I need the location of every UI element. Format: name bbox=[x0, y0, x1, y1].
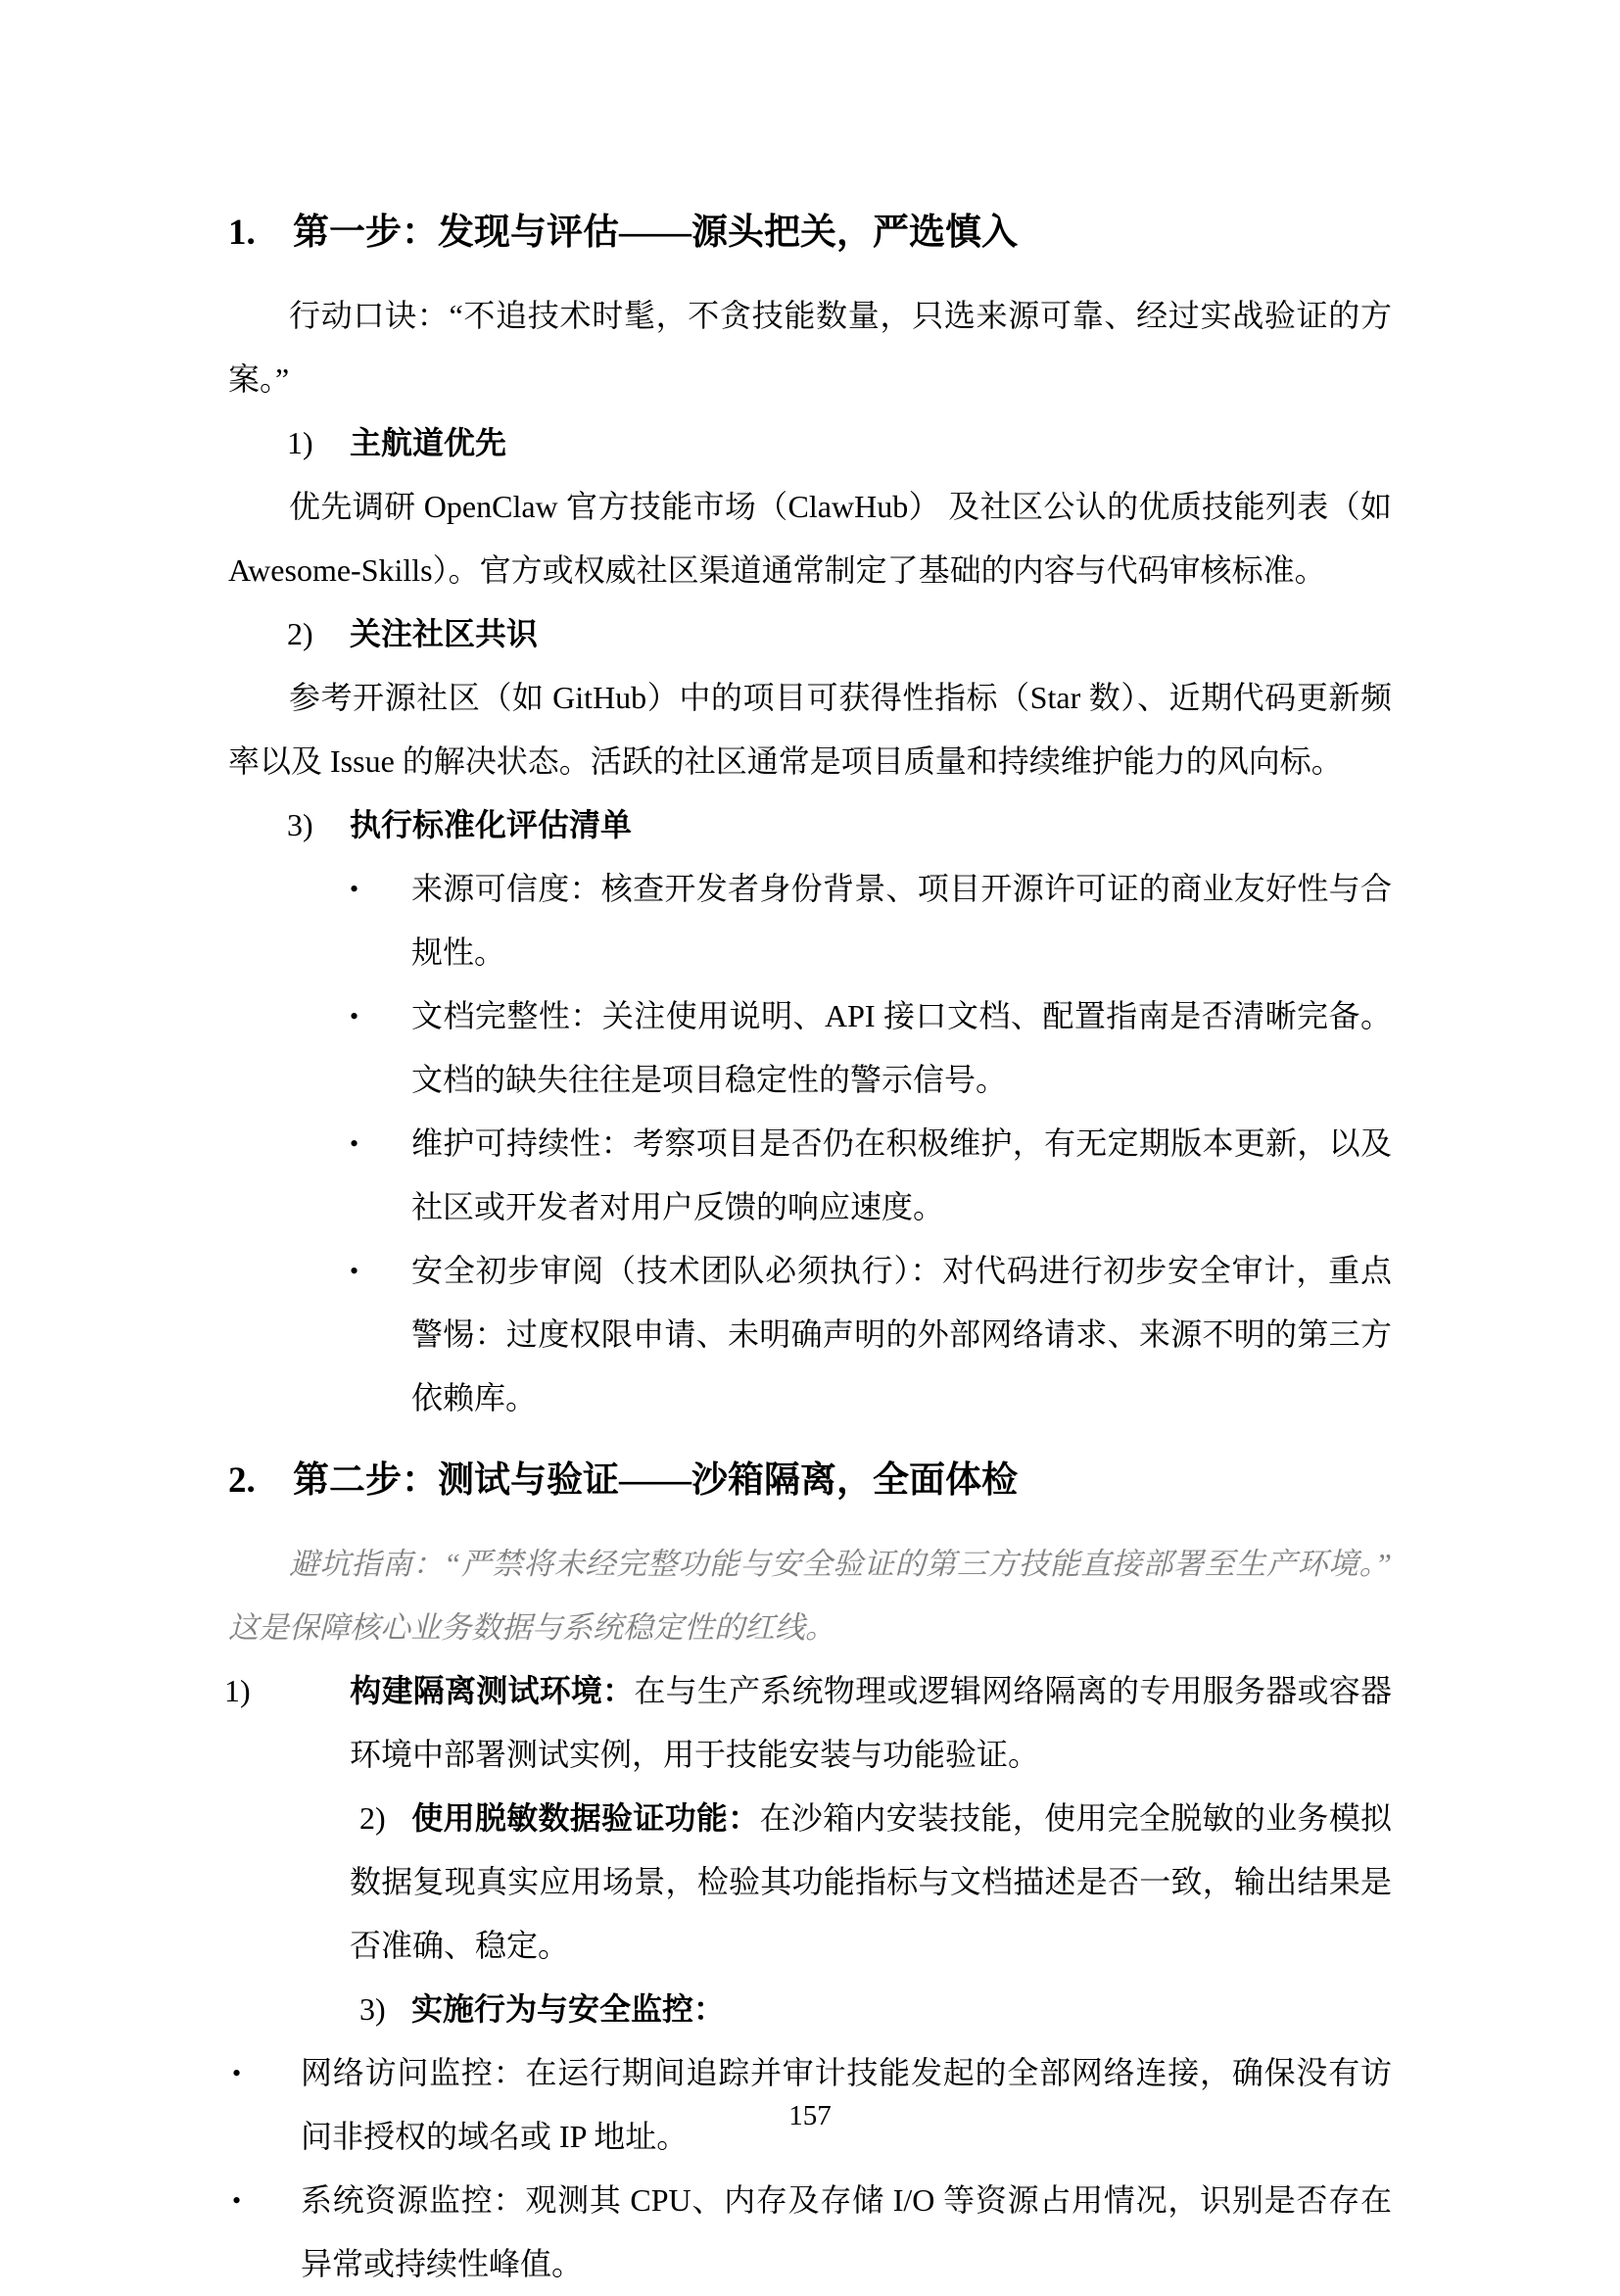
bullet-text: 维护可持续性：考察项目是否仍在积极维护，有无定期版本更新，以及社区或开发者对用户… bbox=[411, 1125, 1392, 1224]
section-1-heading-number: 1. bbox=[228, 200, 293, 266]
section-1-heading: 1.第一步：发现与评估——源头把关，严选慎入 bbox=[228, 200, 1392, 266]
s1-item-1-title: 主航道优先 bbox=[350, 425, 506, 460]
list-item: •安全初步审阅（技术团队必须执行）：对代码进行初步安全审计，重点警惕：过度权限申… bbox=[228, 1239, 1392, 1430]
s2-item-1-row: 1)构建隔离测试环境：在与生产系统物理或逻辑网络隔离的专用服务器或容器环境中部署… bbox=[228, 1659, 1392, 1787]
bullet-icon: • bbox=[350, 984, 358, 1048]
s2-item-2-row: 2)使用脱敏数据验证功能：在沙箱内安装技能，使用完全脱敏的业务模拟数据复现真实应… bbox=[228, 1787, 1392, 1978]
document-content: 1.第一步：发现与评估——源头把关，严选慎入 行动口诀：“不追技术时髦，不贪技能… bbox=[228, 200, 1392, 2296]
bullet-icon: • bbox=[350, 1112, 358, 1175]
s1-item-3-title-row: 3)执行标准化评估清单 bbox=[228, 793, 1392, 857]
s1-bullet-list: •来源可信度：核查开发者身份背景、项目开源许可证的商业友好性与合规性。 •文档完… bbox=[228, 857, 1392, 1430]
page-number: 157 bbox=[0, 2096, 1620, 2135]
s1-item-1-paragraph: 优先调研 OpenClaw 官方技能市场（ClawHub） 及社区公认的优质技能… bbox=[228, 475, 1392, 602]
section-2-heading: 2.第二步：测试与验证——沙箱隔离，全面体检 bbox=[228, 1448, 1392, 1514]
s1-item-2-title-row: 2)关注社区共识 bbox=[228, 602, 1392, 666]
warning-note-paragraph: 避坑指南：“严禁将未经完整功能与安全验证的第三方技能直接部署至生产环境。” 这是… bbox=[228, 1532, 1392, 1659]
section-2-heading-text: 第二步：测试与验证——沙箱隔离，全面体检 bbox=[293, 1460, 1018, 1501]
s1-item-2-title: 关注社区共识 bbox=[350, 616, 538, 651]
motto-paragraph: 行动口诀：“不追技术时髦，不贪技能数量，只选来源可靠、经过实战验证的方案。” bbox=[228, 284, 1392, 411]
document-page: 1.第一步：发现与评估——源头把关，严选慎入 行动口诀：“不追技术时髦，不贪技能… bbox=[0, 0, 1620, 2291]
s1-item-1-number: 1) bbox=[287, 411, 350, 475]
bullet-text: 安全初步审阅（技术团队必须执行）：对代码进行初步安全审计，重点警惕：过度权限申请… bbox=[411, 1253, 1392, 1415]
s2-item-2-lead: 使用脱敏数据验证功能： bbox=[411, 1800, 759, 1836]
bullet-text: 文档完整性：关注使用说明、API 接口文档、配置指南是否清晰完备。文档的缺失往往… bbox=[411, 998, 1392, 1097]
s1-item-3-title: 执行标准化评估清单 bbox=[350, 807, 632, 842]
bullet-text: 系统资源监控：观测其 CPU、内存及存储 I/O 等资源占用情况，识别是否存在异… bbox=[301, 2182, 1392, 2281]
bullet-icon: • bbox=[350, 1239, 358, 1303]
s2-item-3-lead: 实施行为与安全监控： bbox=[411, 1991, 725, 2027]
s1-item-1-title-row: 1)主航道优先 bbox=[228, 411, 1392, 475]
list-item: •文档完整性：关注使用说明、API 接口文档、配置指南是否清晰完备。文档的缺失往… bbox=[228, 984, 1392, 1112]
bullet-icon: • bbox=[350, 857, 358, 921]
s2-item-3-number: 3) bbox=[355, 1978, 411, 2041]
s2-item-3-row: 3)实施行为与安全监控： bbox=[228, 1978, 1392, 2041]
list-item: •系统资源监控：观测其 CPU、内存及存储 I/O 等资源占用情况，识别是否存在… bbox=[228, 2169, 1392, 2296]
section-2-heading-number: 2. bbox=[228, 1448, 293, 1514]
list-item: •维护可持续性：考察项目是否仍在积极维护，有无定期版本更新，以及社区或开发者对用… bbox=[228, 1112, 1392, 1239]
s2-item-1-number: 1) bbox=[287, 1659, 350, 1723]
s2-item-1-lead: 构建隔离测试环境： bbox=[350, 1673, 634, 1708]
s1-item-3-number: 3) bbox=[287, 793, 350, 857]
s2-item-2-number: 2) bbox=[355, 1787, 411, 1850]
s1-item-2-paragraph: 参考开源社区（如 GitHub）中的项目可获得性指标（Star 数）、近期代码更… bbox=[228, 666, 1392, 793]
bullet-icon: • bbox=[232, 2169, 241, 2232]
s2-bullet-list: •网络访问监控：在运行期间追踪并审计技能发起的全部网络连接，确保没有访问非授权的… bbox=[228, 2041, 1392, 2296]
section-1-heading-text: 第一步：发现与评估——源头把关，严选慎入 bbox=[293, 213, 1018, 253]
bullet-text: 来源可信度：核查开发者身份背景、项目开源许可证的商业友好性与合规性。 bbox=[411, 871, 1392, 970]
s1-item-2-number: 2) bbox=[287, 602, 350, 666]
list-item: •来源可信度：核查开发者身份背景、项目开源许可证的商业友好性与合规性。 bbox=[228, 857, 1392, 984]
